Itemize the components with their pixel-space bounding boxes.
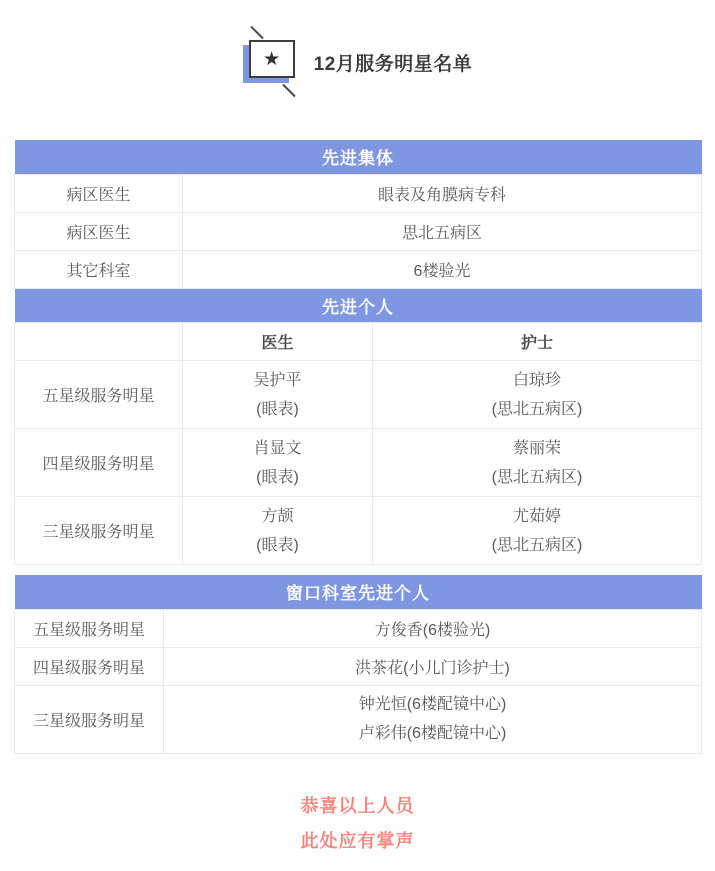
table-row: 五星级服务明星 方俊香(6楼验光) — [15, 609, 702, 647]
section-gap — [0, 565, 715, 575]
window-row-value: 钟光恒(6楼配镜中心) 卢彩伟(6楼配镜中心) — [164, 685, 702, 753]
window-row-value: 洪茶花(小儿门诊护士) — [164, 647, 702, 685]
collective-row-value: 思北五病区 — [183, 212, 702, 250]
column-header-nurse: 护士 — [373, 323, 702, 361]
page-title: 12月服务明星名单 — [314, 49, 473, 76]
empty-corner-cell — [15, 323, 183, 361]
window-person-1: 钟光恒(6楼配镜中心) — [164, 690, 701, 719]
table-collective-header: 先进集体 — [15, 140, 702, 174]
congrats-line-1: 恭喜以上人员 — [0, 792, 715, 820]
congrats-line-2: 此处应有掌声 — [0, 827, 715, 855]
table-window-header: 窗口科室先进个人 — [15, 575, 702, 609]
table-row: 病区医生 思北五病区 — [15, 212, 702, 250]
individual-row-label: 五星级服务明星 — [15, 361, 183, 429]
badge-box: ★ — [249, 40, 295, 78]
table-row: 五星级服务明星 吴护平 (眼表) 白琼珍 (思北五病区) — [15, 361, 702, 429]
table-row: 三星级服务明星 方颉 (眼表) 尤茹婷 (思北五病区) — [15, 497, 702, 565]
collective-row-label: 病区医生 — [15, 174, 183, 212]
decorative-slash-top — [250, 26, 263, 39]
table-row: 其它科室 6楼验光 — [15, 250, 702, 288]
doctor-cell: 方颉 (眼表) — [183, 497, 373, 565]
collective-row-label: 其它科室 — [15, 250, 183, 288]
nurse-cell: 尤茹婷 (思北五病区) — [373, 497, 702, 565]
table-advanced-collective: 先进集体 病区医生 眼表及角膜病专科 病区医生 思北五病区 其它科室 6楼验光 — [14, 140, 702, 289]
table-row: 三星级服务明星 钟光恒(6楼配镜中心) 卢彩伟(6楼配镜中心) — [15, 685, 702, 753]
window-person-2: 卢彩伟(6楼配镜中心) — [164, 719, 701, 748]
nurse-name: 白琼珍 — [373, 366, 701, 395]
doctor-cell: 肖显文 (眼表) — [183, 429, 373, 497]
window-row-label: 三星级服务明星 — [15, 685, 164, 753]
individual-row-label: 三星级服务明星 — [15, 497, 183, 565]
nurse-dept: (思北五病区) — [373, 395, 701, 424]
doctor-dept: (眼表) — [183, 395, 372, 424]
individual-row-label: 四星级服务明星 — [15, 429, 183, 497]
collective-row-value: 眼表及角膜病专科 — [183, 174, 702, 212]
table-row: 四星级服务明星 洪茶花(小儿门诊护士) — [15, 647, 702, 685]
nurse-cell: 蔡丽荣 (思北五病区) — [373, 429, 702, 497]
window-row-label: 五星级服务明星 — [15, 609, 164, 647]
window-row-value: 方俊香(6楼验光) — [164, 609, 702, 647]
collective-row-value: 6楼验光 — [183, 250, 702, 288]
doctor-dept: (眼表) — [183, 463, 372, 492]
doctor-name: 方颉 — [183, 502, 372, 531]
table-row: 病区医生 眼表及角膜病专科 — [15, 174, 702, 212]
nurse-dept: (思北五病区) — [373, 463, 701, 492]
doctor-name: 吴护平 — [183, 366, 372, 395]
table-window-individual: 窗口科室先进个人 五星级服务明星 方俊香(6楼验光) 四星级服务明星 洪茶花(小… — [14, 575, 702, 754]
decorative-slash-bottom — [282, 84, 295, 97]
collective-row-label: 病区医生 — [15, 212, 183, 250]
table-advanced-individual: 先进个人 医生 护士 五星级服务明星 吴护平 (眼表) 白琼珍 (思北五病区) … — [14, 289, 702, 566]
nurse-name: 蔡丽荣 — [373, 434, 701, 463]
nurse-cell: 白琼珍 (思北五病区) — [373, 361, 702, 429]
congrats-footer: 恭喜以上人员 此处应有掌声 — [0, 792, 715, 855]
doctor-cell: 吴护平 (眼表) — [183, 361, 373, 429]
table-row: 四星级服务明星 肖显文 (眼表) 蔡丽荣 (思北五病区) — [15, 429, 702, 497]
nurse-name: 尤茹婷 — [373, 502, 701, 531]
table-individual-header: 先进个人 — [15, 289, 702, 323]
nurse-dept: (思北五病区) — [373, 531, 701, 560]
page-header: ★ 12月服务明星名单 — [14, 26, 701, 98]
column-header-doctor: 医生 — [183, 323, 373, 361]
star-icon: ★ — [263, 50, 280, 69]
window-row-label: 四星级服务明星 — [15, 647, 164, 685]
doctor-name: 肖显文 — [183, 434, 372, 463]
star-badge: ★ — [243, 26, 301, 98]
doctor-dept: (眼表) — [183, 531, 372, 560]
